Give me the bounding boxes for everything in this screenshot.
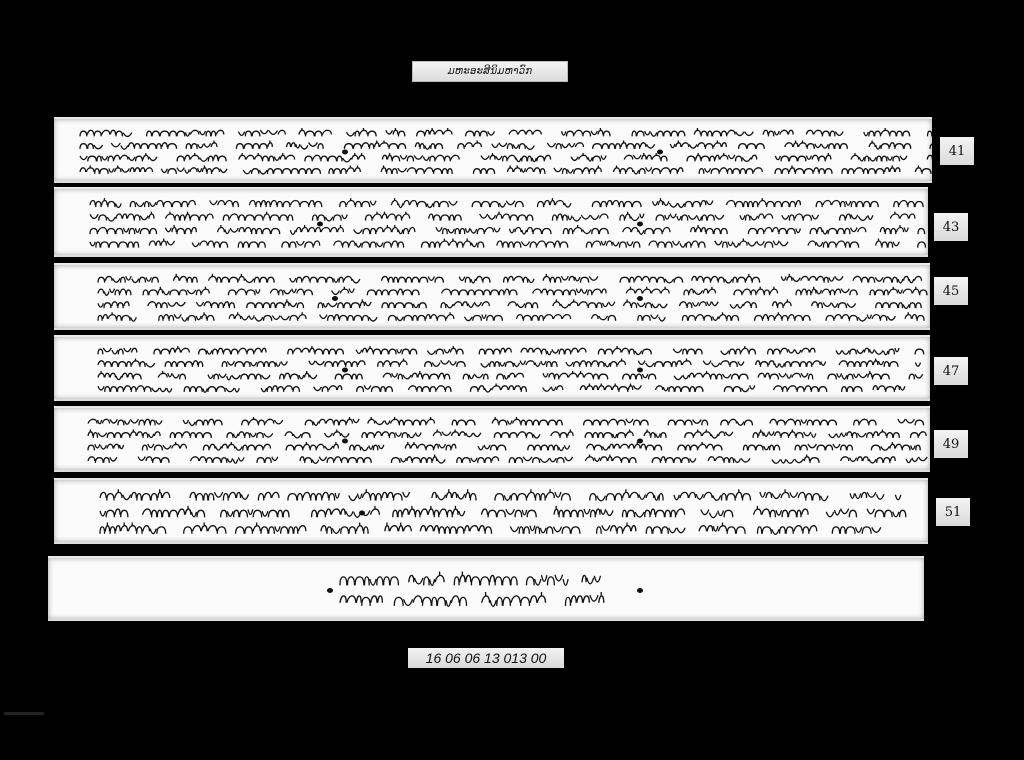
script-line — [98, 359, 921, 368]
page-number-label: 51 — [936, 498, 970, 526]
script-line — [98, 299, 921, 308]
page-number-label: 47 — [934, 357, 968, 385]
palm-leaf-49: [handwritten palm-leaf script, 4 lines —… — [54, 406, 930, 472]
string-hole — [637, 296, 643, 301]
script-line — [88, 417, 924, 426]
palm-leaf-51: [handwritten palm-leaf script, 3 lines —… — [54, 478, 928, 544]
string-hole — [637, 368, 643, 373]
string-hole — [637, 588, 643, 593]
string-hole — [342, 439, 348, 444]
handwritten-script — [54, 119, 932, 185]
page-number-label: 45 — [934, 277, 968, 305]
script-line — [100, 489, 901, 501]
page-number-label: 43 — [934, 213, 968, 241]
script-line — [98, 384, 905, 393]
string-hole — [637, 439, 643, 444]
script-line — [88, 455, 927, 464]
string-hole — [342, 368, 348, 373]
string-hole — [342, 150, 348, 155]
string-hole — [359, 511, 365, 516]
string-hole — [657, 150, 663, 155]
script-line — [80, 166, 931, 174]
script-line — [88, 430, 926, 439]
palm-leaf-47: [handwritten palm-leaf script, 4 lines —… — [54, 335, 930, 401]
string-hole — [327, 588, 333, 593]
handwritten-script — [48, 558, 924, 623]
script-line — [90, 239, 926, 248]
string-hole — [637, 222, 643, 227]
script-line — [80, 153, 932, 162]
string-hole — [317, 222, 323, 227]
script-line — [90, 198, 923, 207]
page-number-label: 41 — [940, 137, 974, 165]
script-line — [340, 572, 601, 586]
script-line — [98, 346, 924, 355]
handwritten-script — [54, 408, 930, 474]
palm-leaf-45: [handwritten palm-leaf script, 4 lines —… — [54, 263, 930, 330]
script-line — [80, 141, 932, 150]
script-line — [340, 592, 604, 606]
script-line — [88, 442, 920, 451]
handwritten-script — [54, 265, 930, 332]
string-hole — [332, 296, 338, 301]
handwritten-script — [54, 189, 928, 259]
handwritten-script — [54, 480, 928, 546]
scan-artifact — [4, 712, 44, 715]
script-line — [100, 523, 881, 535]
script-line — [90, 225, 925, 234]
palm-leaf-colophon: [handwritten colophon, 2 centered lines … — [48, 556, 924, 621]
archive-code-label: 16 06 06 13 013 00 — [408, 648, 564, 668]
manuscript-title-label: ມຫະອະສີນິມຫາວົກ — [412, 61, 568, 82]
palm-leaf-41: [handwritten palm-leaf script, 4 lines —… — [54, 117, 932, 183]
script-line — [98, 312, 924, 321]
script-line — [98, 371, 923, 380]
palm-leaf-43: [handwritten palm-leaf script, 4 lines —… — [54, 187, 928, 257]
script-line — [98, 274, 922, 283]
script-line — [100, 506, 906, 518]
page-number-label: 49 — [934, 430, 968, 458]
script-line — [80, 128, 932, 136]
script-line — [98, 287, 927, 296]
handwritten-script — [54, 337, 930, 403]
script-line — [90, 212, 915, 221]
